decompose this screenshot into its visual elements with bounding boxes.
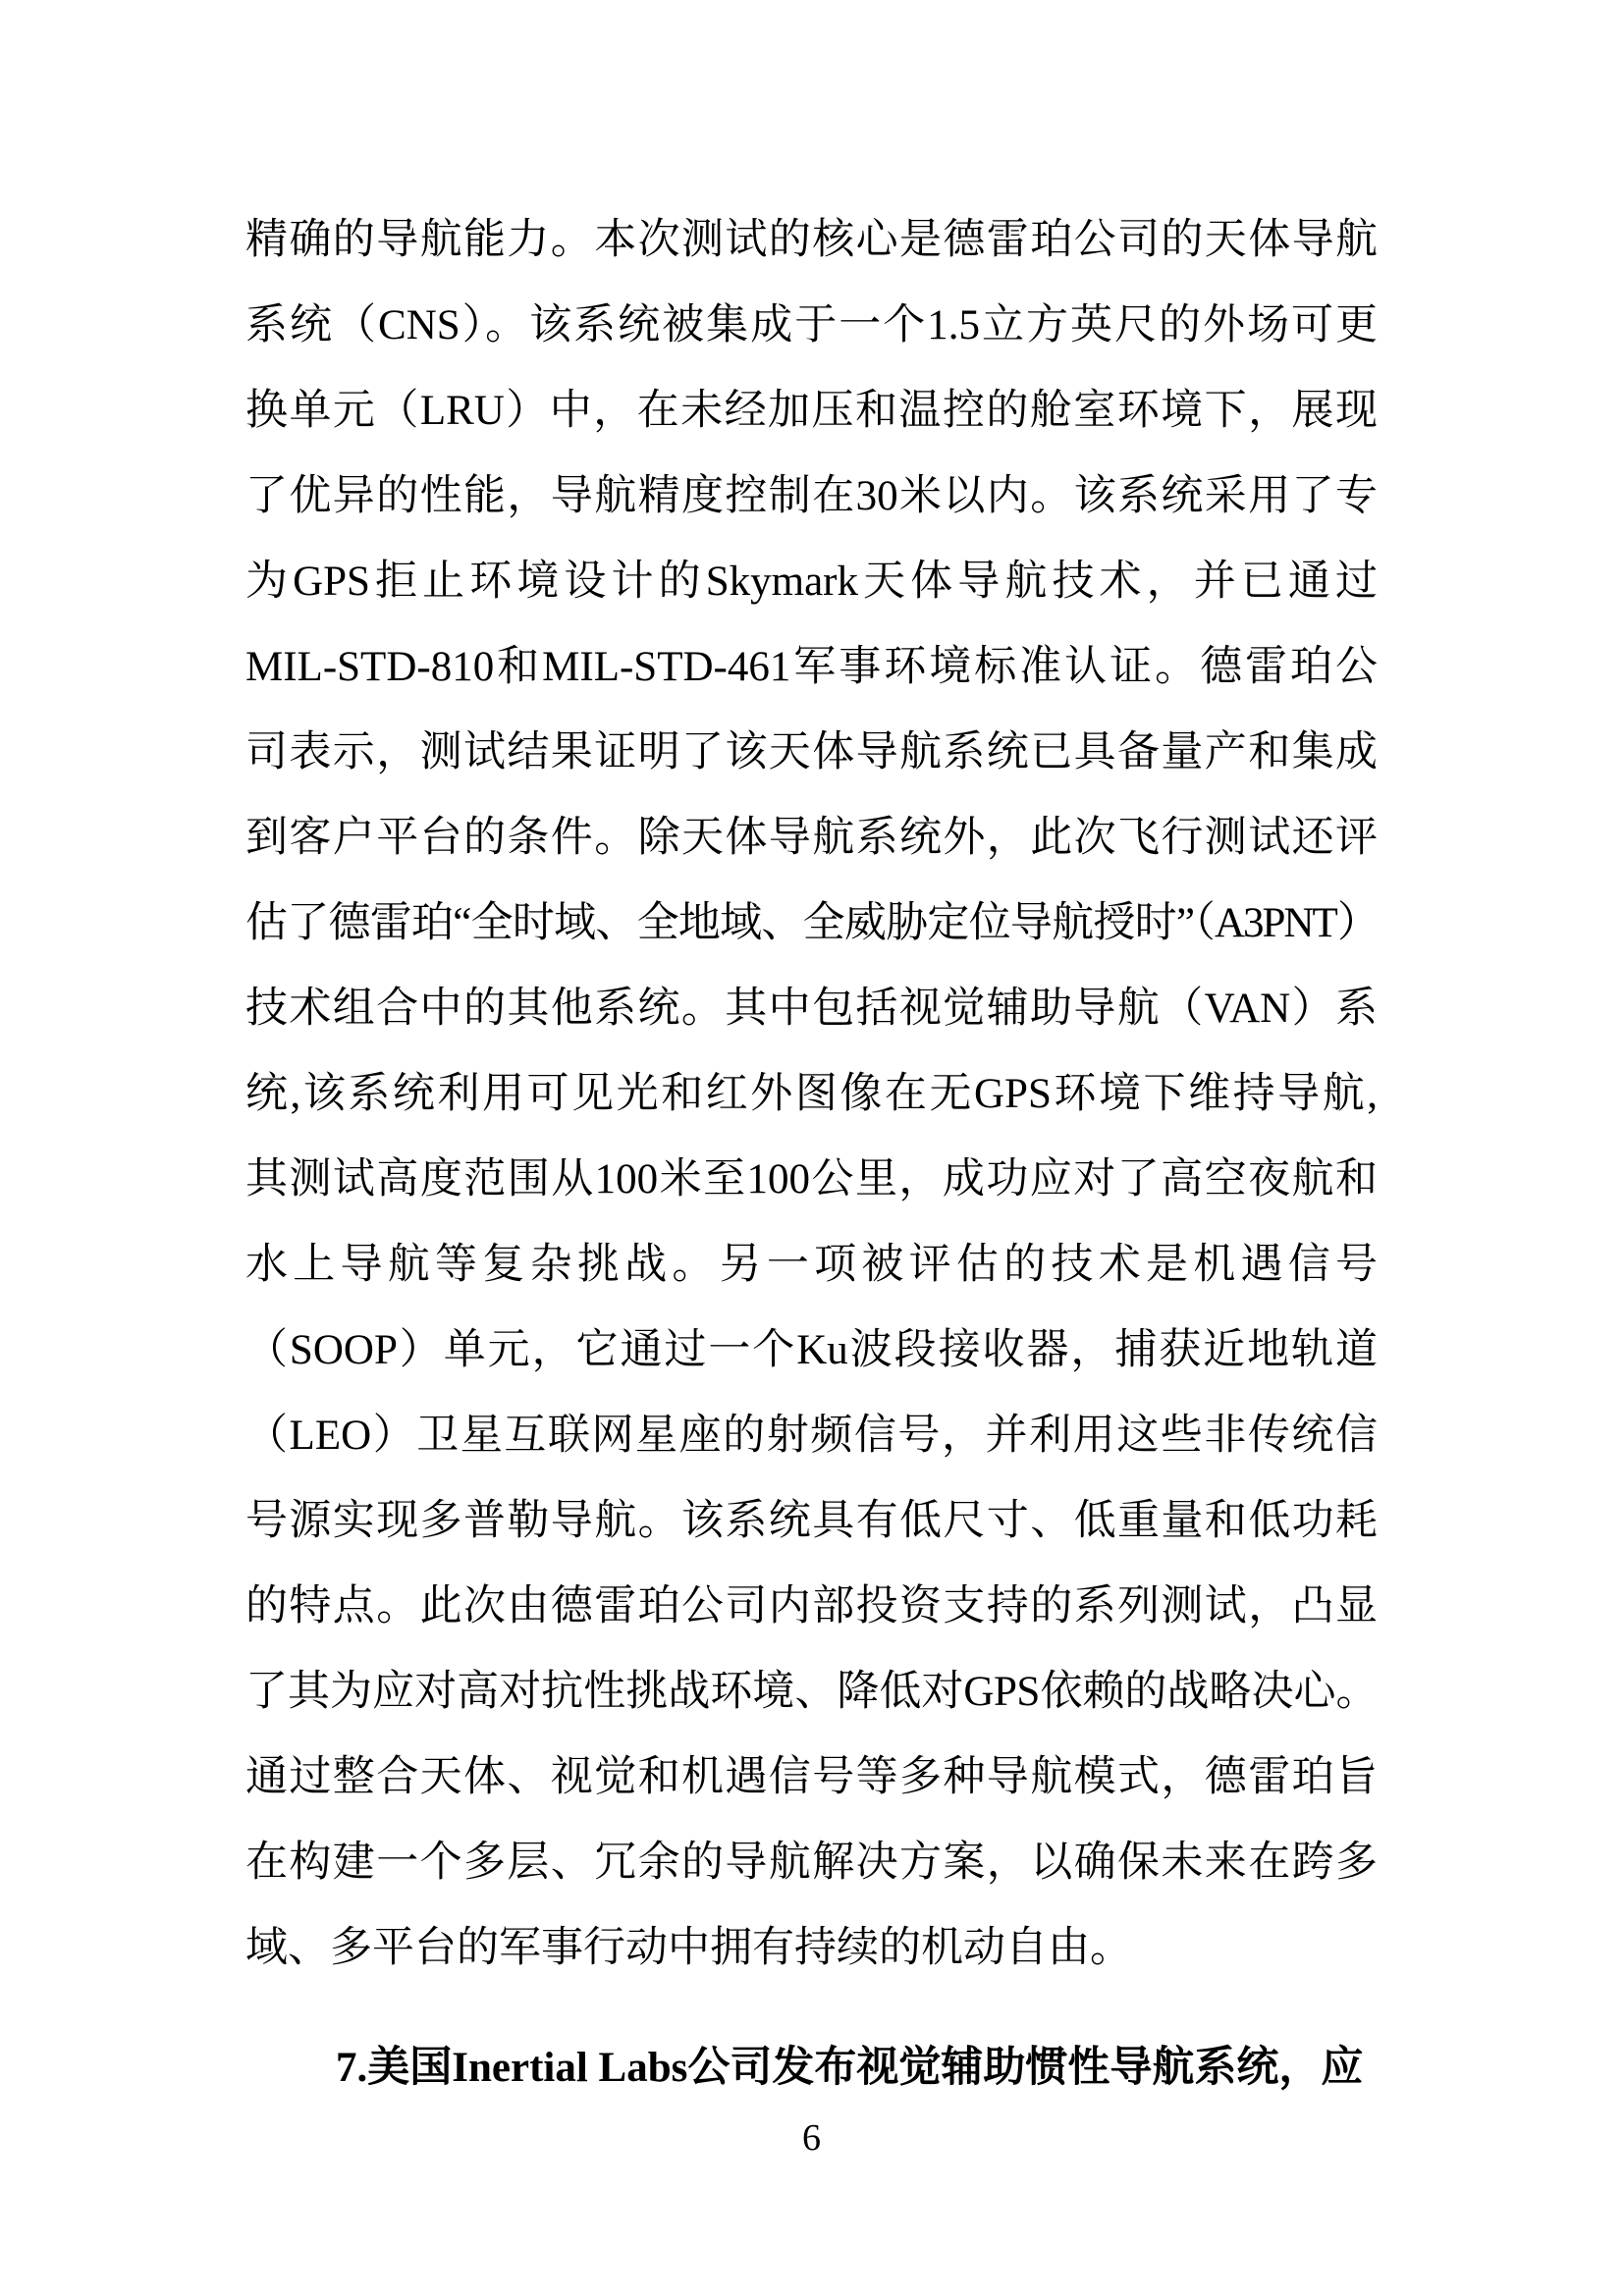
text-line: 通过整合天体、视觉和机遇信号等多种导航模式，德雷珀旨 bbox=[245, 1735, 1378, 1820]
text-line: MIL-STD-810和MIL-STD-461军事环境标准认证。德雷珀公 bbox=[245, 624, 1378, 710]
text-line: （SOOP）单元，它通过一个Ku波段接收器，捕获近地轨道 bbox=[245, 1308, 1378, 1393]
section-heading: 7.美国Inertial Labs公司发布视觉辅助惯性导航系统，应 bbox=[245, 2025, 1522, 2110]
text-line: 其测试高度范围从100米至100公里，成功应对了高空夜航和 bbox=[245, 1137, 1378, 1222]
text-line: 域、多平台的军事行动中拥有持续的机动自由。 bbox=[245, 1905, 1378, 1991]
text-line: 为GPS拒止环境设计的Skymark天体导航技术，并已通过 bbox=[245, 539, 1378, 624]
body-paragraph: 精确的导航能力。本次测试的核心是德雷珀公司的天体导航系统（CNS）。该系统被集成… bbox=[245, 197, 1378, 1991]
text-line: 了优异的性能，导航精度控制在30米以内。该系统采用了专 bbox=[245, 454, 1378, 539]
text-line: 统,该系统利用可见光和红外图像在无GPS环境下维持导航, bbox=[245, 1051, 1378, 1137]
document-page: 精确的导航能力。本次测试的核心是德雷珀公司的天体导航系统（CNS）。该系统被集成… bbox=[0, 0, 1624, 2296]
page-number: 6 bbox=[245, 2118, 1378, 2158]
text-line: 到客户平台的条件。除天体导航系统外，此次飞行测试还评 bbox=[245, 795, 1378, 881]
text-line: 精确的导航能力。本次测试的核心是德雷珀公司的天体导航 bbox=[245, 197, 1378, 283]
text-line: 换单元（LRU）中，在未经加压和温控的舱室环境下，展现 bbox=[245, 368, 1378, 454]
text-line: （LEO）卫星互联网星座的射频信号，并利用这些非传统信 bbox=[245, 1393, 1378, 1478]
text-line: 系统（CNS）。该系统被集成于一个1.5立方英尺的外场可更 bbox=[245, 283, 1378, 368]
text-line: 估了德雷珀“全时域、全地域、全威胁定位导航授时”（A3PNT） bbox=[245, 881, 1378, 966]
text-line: 的特点。此次由德雷珀公司内部投资支持的系列测试，凸显 bbox=[245, 1564, 1378, 1649]
text-line: 技术组合中的其他系统。其中包括视觉辅助导航（VAN）系 bbox=[245, 966, 1378, 1051]
text-line: 号源实现多普勒导航。该系统具有低尺寸、低重量和低功耗 bbox=[245, 1478, 1378, 1564]
text-line: 司表示，测试结果证明了该天体导航系统已具备量产和集成 bbox=[245, 710, 1378, 795]
text-line: 了其为应对高对抗性挑战环境、降低对GPS依赖的战略决心。 bbox=[245, 1649, 1378, 1735]
text-line: 水上导航等复杂挑战。另一项被评估的技术是机遇信号 bbox=[245, 1222, 1378, 1308]
text-line: 在构建一个多层、冗余的导航解决方案，以确保未来在跨多 bbox=[245, 1820, 1378, 1905]
